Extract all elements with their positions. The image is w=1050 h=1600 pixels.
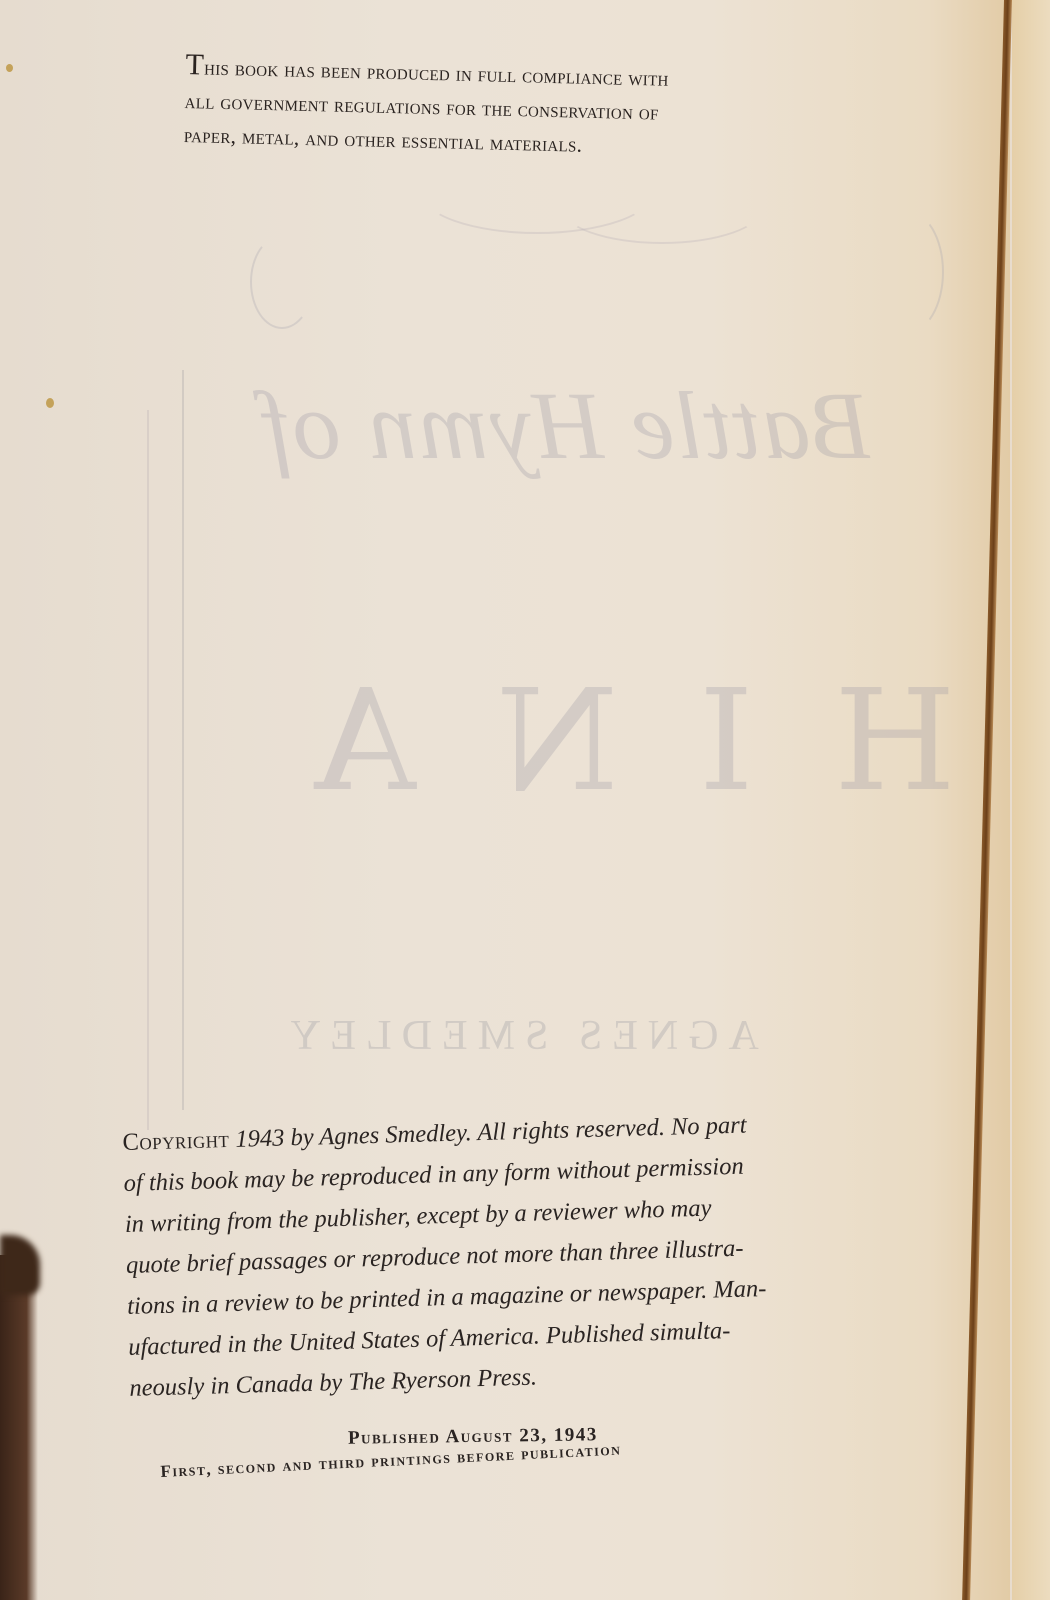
bleed-through-author: AGNES SMEDLEY — [280, 1012, 759, 1060]
bleed-ornament — [870, 210, 944, 334]
foxing-spot — [46, 398, 54, 408]
conservation-notice: This book has been produced in full comp… — [183, 48, 985, 172]
foxing-spot — [6, 64, 13, 72]
finger-shadow — [0, 1255, 38, 1600]
adjacent-page — [1012, 0, 1050, 1600]
book-page: Battle Hymn of CHINA AGNES SMEDLEY This … — [0, 0, 1010, 1600]
copyright-paragraph: Copyright 1943 by Agnes Smedley. All rig… — [122, 1100, 920, 1409]
bleed-through-china: CHINA — [235, 660, 1050, 823]
copyright-label: Copyright — [122, 1126, 230, 1156]
bleed-ornament — [560, 170, 764, 244]
bleed-through-title: Battle Hymn of — [262, 370, 871, 481]
bleed-frame-line — [182, 370, 184, 1110]
bleed-ornament — [250, 235, 314, 329]
bleed-frame-line — [147, 410, 149, 1130]
